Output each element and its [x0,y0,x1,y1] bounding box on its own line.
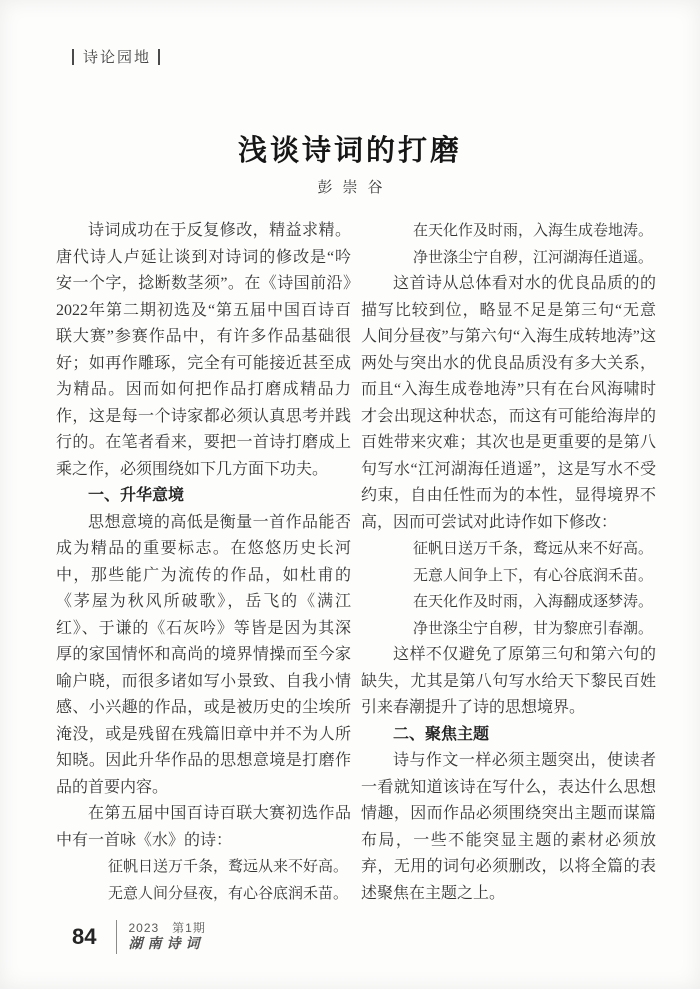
poem-line: 在天化作及时雨，入海生成卷地涛。 [361,218,656,245]
left-column: 诗词成功在于反复修改，精益求精。唐代诗人卢延让谈到对诗词的修改是“吟安一个字，捻… [56,218,351,907]
poem-line: 净世涤尘宁自秽，甘为黎庶引春潮。 [361,616,656,643]
body-paragraph: 这首诗从总体看对水的优良品质的的描写比较到位，略显不足是第三句“无意人间分昼夜”… [361,271,656,536]
poem-quoted-original-continued: 在天化作及时雨，入海生成卷地涛。 净世涤尘宁自秽，江河湖海任逍遥。 [361,218,656,271]
journal-name: 湖南诗词 [128,936,205,953]
page-number: 84 [72,924,96,950]
body-paragraph: 诗词成功在于反复修改，精益求精。唐代诗人卢延让谈到对诗词的修改是“吟安一个字，捻… [56,218,351,483]
poem-line: 在天化作及时雨，入海翻成逐梦涛。 [361,589,656,616]
body-paragraph: 这样不仅避免了原第三句和第六句的缺失，尤其是第八句写水给天下黎民百姓引来春潮提升… [361,642,656,722]
right-column: 在天化作及时雨，入海生成卷地涛。 净世涤尘宁自秽，江河湖海任逍遥。 这首诗从总体… [361,218,656,907]
poem-revised: 征帆日送万千条，鹜远从来不好高。 无意人间争上下，有心谷底润禾苗。 在天化作及时… [361,536,656,642]
footer-divider [116,920,117,954]
article-body: 诗词成功在于反复修改，精益求精。唐代诗人卢延让谈到对诗词的修改是“吟安一个字，捻… [56,218,656,907]
section-heading-1: 一、升华意境 [56,483,351,510]
section-heading-2: 二、聚焦主题 [361,722,656,749]
section-label-text: 诗论园地 [83,46,151,67]
issue-info: 2023 第1期 湖南诗词 [128,921,205,953]
poem-line: 征帆日送万千条，鹜远从来不好高。 [361,536,656,563]
issue-line: 2023 第1期 [128,921,205,936]
poem-line: 征帆日送万千条，鹜远从来不好高。 [56,854,351,881]
page-footer: 84 2023 第1期 湖南诗词 [72,920,206,954]
vertical-bar-icon [158,49,160,65]
poem-line: 无意人间争上下，有心谷底润禾苗。 [361,563,656,590]
body-paragraph: 在第五届中国百诗百联大赛初选作品中有一首咏《水》的诗： [56,801,351,854]
poem-line: 无意人间分昼夜，有心谷底润禾苗。 [56,881,351,908]
poem-quoted-original: 征帆日送万千条，鹜远从来不好高。 无意人间分昼夜，有心谷底润禾苗。 [56,854,351,907]
journal-page: 诗论园地 浅谈诗词的打磨 彭崇谷 诗词成功在于反复修改，精益求精。唐代诗人卢延让… [0,0,700,989]
poem-line: 净世涤尘宁自秽，江河湖海任逍遥。 [361,245,656,272]
section-label: 诗论园地 [72,46,160,67]
body-paragraph: 思想意境的高低是衡量一首作品能否成为精品的重要标志。在悠悠历史长河中，那些能广为… [56,510,351,802]
article-author: 彭崇谷 [0,176,700,197]
vertical-bar-icon [72,49,74,65]
article-title: 浅谈诗词的打磨 [0,128,700,169]
body-paragraph: 诗与作文一样必须主题突出，使读者一看就知道该诗在写什么，表达什么思想情趣，因而作… [361,748,656,907]
